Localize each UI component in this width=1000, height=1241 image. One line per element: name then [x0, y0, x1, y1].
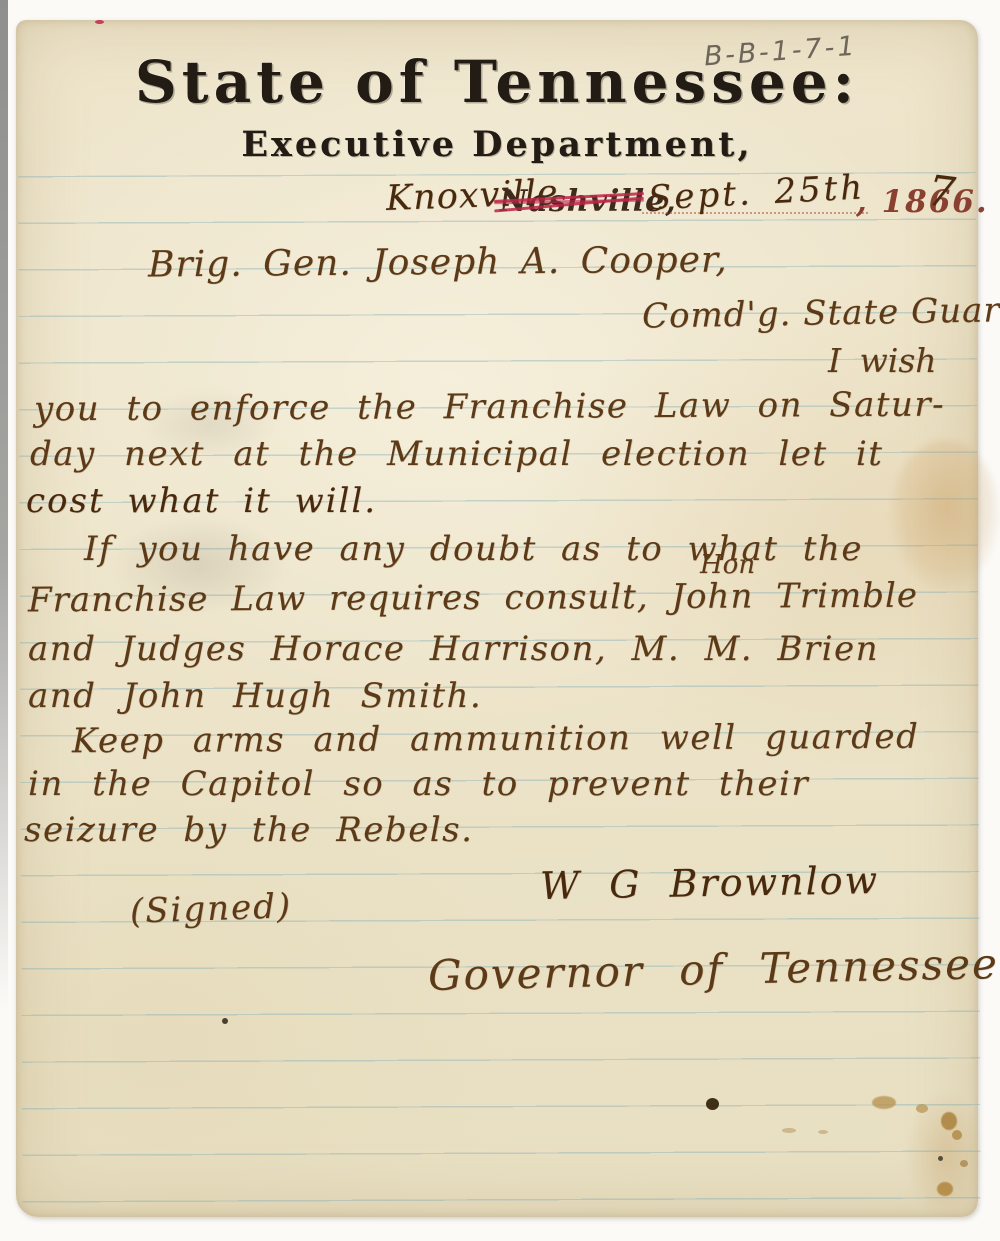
tan-stain: [890, 440, 1000, 590]
body-line: and John Hugh Smith.: [28, 679, 482, 715]
body-opening: I wish: [828, 344, 937, 379]
ink-blot: [706, 1098, 719, 1110]
foxing-spot: [916, 1104, 928, 1113]
signed-label: (Signed): [129, 889, 292, 930]
dateline-year-printed: , 1866.: [856, 184, 989, 220]
foxing-spot: [960, 1160, 968, 1167]
foxing-spot: [872, 1096, 896, 1109]
signature-name: W G Brownlow: [540, 861, 880, 907]
letterhead-title: State of Tennessee:: [16, 48, 978, 116]
foxing-spot: [941, 1112, 957, 1130]
foxing-spot: [952, 1130, 962, 1140]
foxing-spot: [937, 1182, 953, 1196]
body-line: in the Capitol so as to prevent their: [28, 767, 809, 803]
body-line: and Judges Horace Harrison, M. M. Brien: [28, 632, 879, 668]
dateline-year-overwrite: 7: [925, 169, 957, 216]
foxing-spot: [782, 1128, 796, 1133]
document-scan: B-B-1-7-1 State of Tennessee: Executive …: [0, 0, 1000, 1241]
body-insertion-above: Hon: [700, 552, 755, 579]
body-line: Franchise Law requires consult, John Tri…: [28, 579, 918, 619]
recipient-line2: Comd'g. State Guards:: [642, 292, 1000, 335]
body-line: cost what it will.: [26, 484, 377, 520]
body-line: you to enforce the Franchise Law on Satu…: [34, 388, 945, 428]
red-fleck: [95, 20, 104, 24]
body-line: day next at the Municipal election let i…: [30, 437, 883, 473]
ink-speck: [938, 1156, 943, 1161]
body-line: Keep arms and ammunition well guarded: [72, 720, 919, 760]
signature-title: Governor of Tennessee: [428, 942, 1000, 998]
body-line: seizure by the Rebels.: [24, 813, 473, 849]
dateline-place-printed-struck: Nashville,: [500, 184, 642, 220]
recipient-line1: Brig. Gen. Joseph A. Cooper,: [148, 241, 728, 284]
foxing-spot: [818, 1130, 828, 1134]
letterhead-subtitle: Executive Department,: [16, 124, 978, 165]
scanner-edge-shadow: [0, 0, 8, 1010]
ink-speck: [222, 1018, 228, 1024]
